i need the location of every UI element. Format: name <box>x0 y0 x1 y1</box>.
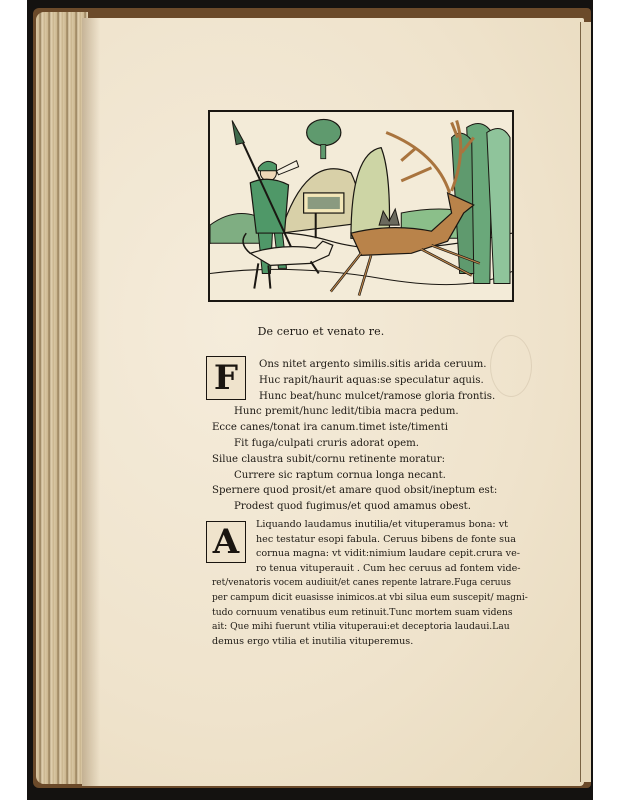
gutter-shadow <box>82 18 100 786</box>
verse-line: Hunc premit/hunc ledit/tibia macra pedum… <box>212 404 512 420</box>
verse-line: Prodest quod fugimus/et quod amamus obes… <box>212 499 512 515</box>
verse-fable-poem: Ons nitet argento similis.sitis arida ce… <box>212 357 512 515</box>
page-stack-edge <box>36 12 88 784</box>
prose-line: demus ergo vtilia et inutilia vituperemu… <box>212 635 514 650</box>
verse-line: Huc rapit/haurit aquas:se speculatur aqu… <box>212 373 512 389</box>
verse-line: Ecce canes/tonat ira canum.timet iste/ti… <box>212 420 512 436</box>
verse-line: Ons nitet argento similis.sitis arida ce… <box>212 357 512 373</box>
verse-line: Fit fuga/culpati cruris adorat opem. <box>212 436 512 452</box>
prose-line: ro tenua vituperauit . Cum hec ceruus ad… <box>212 562 514 577</box>
prose-line: per campum dicit euasisse inimicos.at vb… <box>212 591 514 606</box>
prose-line: ait: Que mihi fuerunt vtilia vituperaui:… <box>212 620 514 635</box>
verse-line: Hunc beat/hunc mulcet/ramose gloria fron… <box>212 389 512 405</box>
woodcut-caption: De ceruo et venato re. <box>0 325 618 338</box>
prose-line: cornua magna: vt vidit:nimium laudare ce… <box>212 547 514 562</box>
verse-line: Silue claustra subit/cornu retinente mor… <box>212 452 512 468</box>
page-fore-edge <box>580 22 591 782</box>
verse-line: Spernere quod prosit/et amare quod obsit… <box>212 483 512 499</box>
prose-line: ret/venatoris vocem audiuit/et canes rep… <box>212 576 514 591</box>
stag-hunt-woodcut-image <box>210 112 512 300</box>
prose-fable-moral: Liquando laudamus inutilia/et vituperamu… <box>212 518 514 649</box>
prose-line: Liquando laudamus inutilia/et vituperamu… <box>212 518 514 533</box>
verse-line: Currere sic raptum cornua longa necant. <box>212 468 512 484</box>
caption-text: De ceruo et venato re. <box>258 325 385 338</box>
prose-line: tudo cornuum venatibus eum retinuit.Tunc… <box>212 606 514 621</box>
prose-line: hec testatur esopi fabula. Ceruus bibens… <box>212 533 514 548</box>
woodcut-illustration <box>208 110 514 302</box>
